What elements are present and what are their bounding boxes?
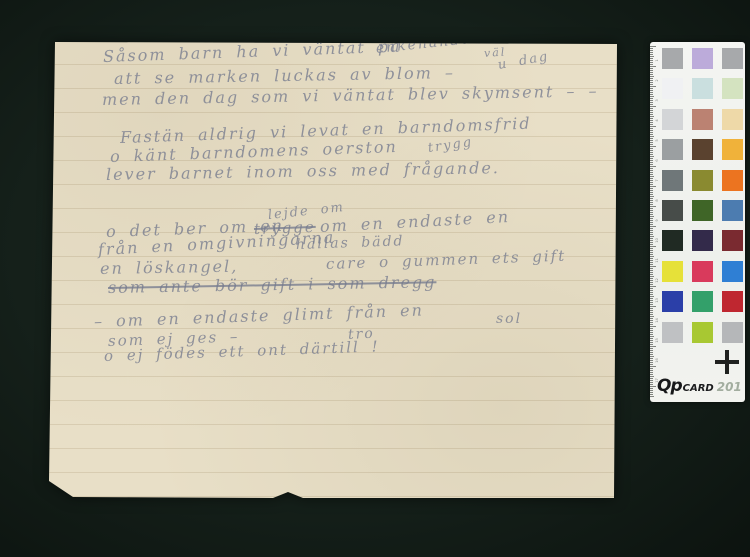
handwriting-line: – om en endaste glimt från en xyxy=(94,300,424,331)
color-patch-r10c1 xyxy=(662,322,683,343)
logo-number-text: 201 xyxy=(717,380,742,394)
handwriting-line: hällas bädd xyxy=(296,233,405,253)
color-patch-r2c2 xyxy=(692,78,713,99)
color-patch-r4c3 xyxy=(722,139,743,160)
color-patch-r8c1 xyxy=(662,261,683,282)
color-patch-r7c1 xyxy=(662,230,683,251)
handwriting-line: om en endaste en xyxy=(320,207,511,236)
color-reference-card: 1234567891011121314151617 QpCARD201 xyxy=(650,42,745,402)
handwriting-line: enkenande xyxy=(375,31,472,57)
registration-cross-icon xyxy=(715,350,739,374)
photo-background: Såsom barn ha vi väntat påenkenandevälu … xyxy=(0,0,750,557)
handwriting-line: sol xyxy=(496,311,522,327)
color-patch-r1c1 xyxy=(662,48,683,69)
color-patch-r10c3 xyxy=(722,322,743,343)
manuscript-page: Såsom barn ha vi väntat påenkenandevälu … xyxy=(48,41,618,499)
qpcard-logo: QpCARD201 xyxy=(657,376,743,398)
logo-card-text: CARD xyxy=(683,383,714,394)
color-patch-r6c2 xyxy=(692,200,713,221)
color-patch-r3c2 xyxy=(692,109,713,130)
color-patch-r9c1 xyxy=(662,291,683,312)
color-patch-r8c3 xyxy=(722,261,743,282)
color-patch-r6c1 xyxy=(662,200,683,221)
color-patch-r9c3 xyxy=(722,291,743,312)
color-patch-r5c3 xyxy=(722,170,743,191)
color-patch-r1c3 xyxy=(722,48,743,69)
color-patch-r7c2 xyxy=(692,230,713,251)
cross-vertical-bar xyxy=(725,350,729,374)
color-patch-r10c2 xyxy=(692,322,713,343)
handwriting-line: trygg xyxy=(427,135,474,156)
color-patch-r8c2 xyxy=(692,261,713,282)
color-patch-grid xyxy=(650,42,745,402)
color-patch-r5c1 xyxy=(662,170,683,191)
color-patch-r4c2 xyxy=(692,139,713,160)
color-patch-r5c2 xyxy=(692,170,713,191)
color-patch-r7c3 xyxy=(722,230,743,251)
color-patch-r1c2 xyxy=(692,48,713,69)
color-patch-r6c3 xyxy=(722,200,743,221)
logo-qp-text: Qp xyxy=(657,376,682,396)
color-patch-r9c2 xyxy=(692,291,713,312)
color-patch-r3c3 xyxy=(722,109,743,130)
color-patch-r2c1 xyxy=(662,78,683,99)
paper-sheet: Såsom barn ha vi väntat påenkenandevälu … xyxy=(48,41,618,499)
color-patch-r3c1 xyxy=(662,109,683,130)
color-patch-r4c1 xyxy=(662,139,683,160)
handwriting-line: Såsom barn ha vi väntat på xyxy=(103,37,402,66)
color-patch-r2c3 xyxy=(722,78,743,99)
handwriting-line: en löskangel, xyxy=(100,257,239,278)
